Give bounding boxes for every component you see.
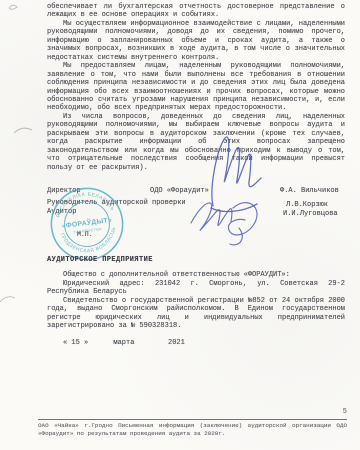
place-of-seal-mark: М.П.	[77, 231, 93, 238]
scanned-audit-report-page: обеспечивает ли бухгалтерская отчетность…	[0, 0, 360, 450]
paragraph-communication: Мы осуществляем информационное взаимодей…	[47, 20, 345, 62]
seal-ring-text-top: РЭСПУБЛІКА БЕЛАРУСЬ	[53, 188, 116, 219]
audit-firm-heading: АУДИТОРСКОЕ ПРЕДПРИЯТИЕ	[47, 256, 345, 264]
director-name: Ф.А. Вильчиков	[280, 187, 339, 195]
firm-name-line: Общество с дополнительной ответственност…	[47, 271, 345, 279]
seal-center-name: «ФОРАЎДЫТ»	[61, 215, 112, 230]
firm-registration-line: Свидетельство о государственной регистра…	[47, 297, 345, 331]
firm-address-line: Юридический адрес: 231042 г. Сморгонь, у…	[47, 280, 345, 297]
pencil-mark-top-left	[9, 5, 17, 9]
paragraph-independence: Мы предоставляем лицам, наделенным руков…	[47, 62, 345, 113]
pencil-mark-left-lower	[0, 297, 15, 302]
director-org-label: ОДО «Фораудит»	[150, 187, 209, 195]
footer-divider	[38, 419, 347, 420]
paragraph-key-audit-matters: Из числа вопросов, доведенных до сведени…	[47, 113, 345, 172]
footer-running-title: ОАО «Чайка» г.Гродно Письменная информац…	[38, 422, 347, 437]
pencil-mark-left-upper	[14, 128, 32, 133]
audit-lead-signature	[191, 203, 257, 245]
report-date-line: « 15 » марта 2021	[47, 339, 345, 347]
paragraph-continuation: обеспечивает ли бухгалтерская отчетность…	[47, 3, 345, 20]
audit-report-body: обеспечивает ли бухгалтерская отчетность…	[47, 3, 345, 172]
auditor-name: И.И.Луговцова	[283, 210, 338, 218]
company-seal-stamp: РЭСПУБЛІКА БЕЛАРУСЬ ГРОДЗЕНСКАЯ ВОБЛАСЦЬ…	[44, 181, 131, 268]
audit-firm-section: АУДИТОРСКОЕ ПРЕДПРИЯТИЕ Общество с допол…	[47, 256, 345, 347]
audit-lead-name: Л.В.Корзюк	[286, 201, 328, 209]
page-number: 5	[343, 408, 347, 416]
